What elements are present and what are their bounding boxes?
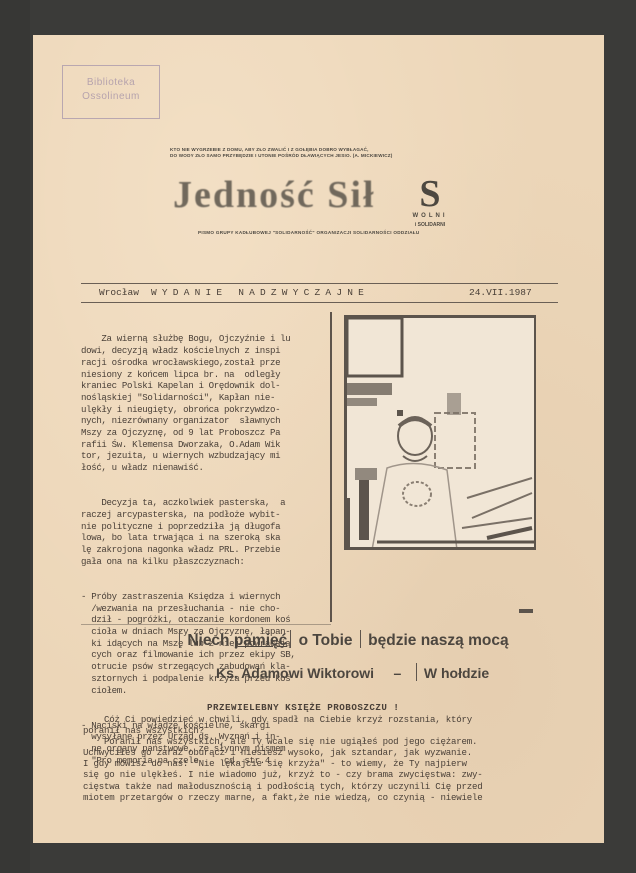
library-stamp: Biblioteka Ossolineum — [62, 65, 160, 119]
letter-title: PRZEWIELEBNY KSIĘŻE PROBOSZCZU ! — [207, 702, 399, 713]
divider-bar — [360, 630, 361, 648]
masthead-motto: Kto nie wygrzebie z domu, aby zło zwalić… — [170, 147, 450, 159]
portrait-photo — [344, 315, 536, 550]
solidarity-logo-mark: S WOLNI i SOLIDARNI — [405, 175, 455, 235]
tribute-banner-line-1: Niech pamięć o Tobie będzie naszą mocą — [176, 630, 516, 650]
divider-bar — [416, 663, 417, 681]
motto-line-2: do wody zło samo przybędzie i utonie poś… — [170, 153, 450, 159]
scan-left-margin — [0, 0, 30, 873]
stamp-line-2: Ossolineum — [63, 90, 159, 104]
stamp-line-1: Biblioteka — [63, 76, 159, 90]
edition-city: Wrocław — [99, 287, 139, 298]
divider-bar — [179, 630, 180, 648]
sw-solidarni-label: i SOLIDARNI — [405, 222, 455, 228]
divider-bar — [290, 630, 291, 648]
tribute-banner-line-2: Ks. Adamowi Wiktorowi – W hołdzie — [216, 663, 516, 681]
photo-image — [347, 318, 536, 550]
banner-word: będzie naszą mocą — [368, 632, 508, 649]
column-bottom-rule — [81, 624, 331, 625]
document-page: Biblioteka Ossolineum Kto nie wygrzebie … — [33, 35, 604, 843]
article-paragraph: Decyzja ta, aczkolwiek pasterska, a racz… — [81, 497, 321, 567]
letter-body: Cóż Ci powiedzieć w chwili, gdy spadł na… — [83, 714, 603, 803]
banner-word: o Tobie — [299, 632, 353, 649]
edition-top-rule — [81, 283, 558, 284]
banner-tribute: W hołdzie — [424, 665, 489, 681]
masthead-logo: Jedność Sił — [173, 173, 413, 233]
banner-dash: – — [394, 665, 402, 681]
edition-date: 24.VII.1987 — [469, 287, 532, 298]
photo-mark — [519, 609, 533, 613]
column-divider — [330, 312, 332, 622]
edition-bar: Wrocław WYDANIE NADZWYCZAJNE 24.VII.1987 — [81, 287, 556, 301]
banner-word: Niech — [187, 632, 229, 649]
banner-dedication: Ks. Adamowi Wiktorowi — [216, 665, 374, 681]
masthead-subline: Pismo grupy kadłubowej "Solidarność" org… — [198, 230, 458, 235]
article-paragraph: Za wierną służbę Bogu, Ojczyźnie i lu do… — [81, 333, 321, 473]
sw-wolni-label: WOLNI — [405, 213, 455, 219]
edition-title: WYDANIE NADZWYCZAJNE — [151, 287, 369, 298]
edition-bottom-rule — [81, 302, 558, 303]
sw-monogram: S — [405, 175, 455, 213]
banner-word-underlined: pamięć — [234, 632, 287, 649]
